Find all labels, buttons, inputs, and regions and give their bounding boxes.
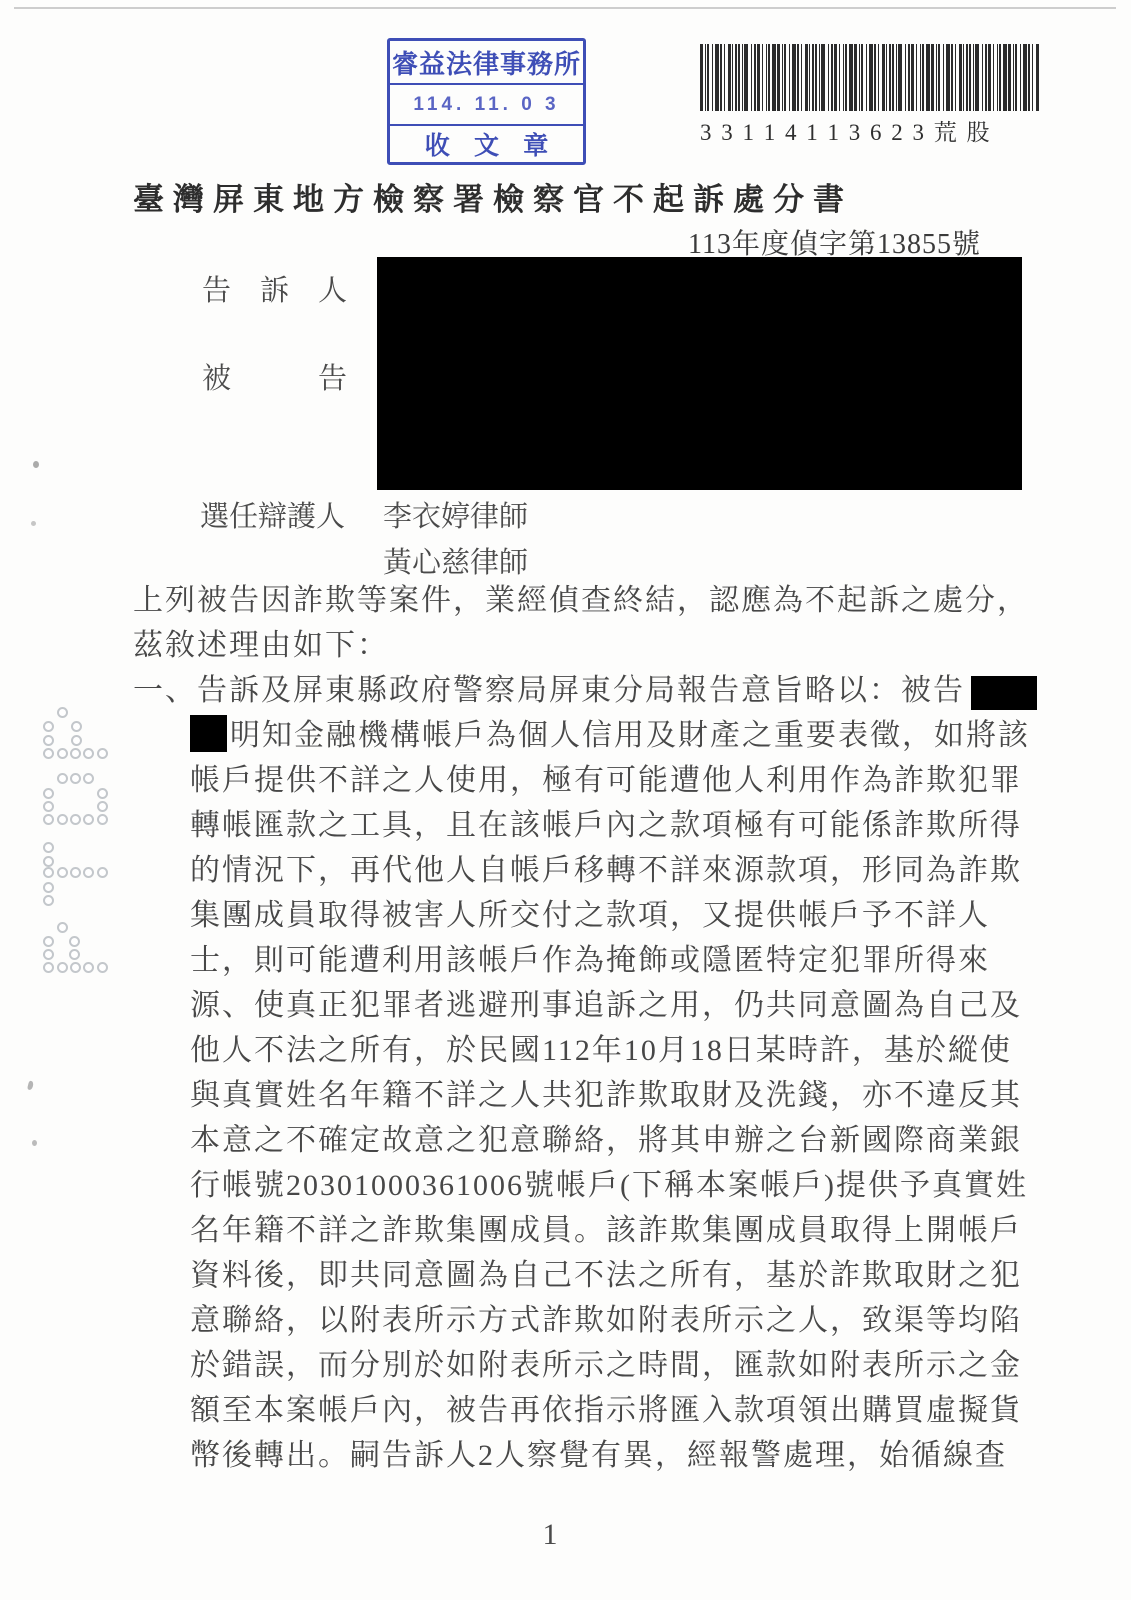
defense-counsel-label: 選任辯護人 — [200, 494, 345, 535]
body-line: 於錯誤，而分別於如附表所示之時間，匯款如附表所示之金 — [133, 1343, 1037, 1388]
stamp-received-label: 收 文 章 — [390, 126, 583, 162]
margin-dot — [71, 721, 82, 732]
margin-dot — [83, 962, 94, 973]
page-title: 臺灣屏東地方檢察署檢察官不起訴處分書 — [133, 174, 853, 219]
body-line: 他人不法之所有，於民國112年10月18日某時許，基於縱使 — [133, 1028, 1037, 1073]
margin-dot — [43, 949, 54, 960]
body-line: 的情況下，再代他人自帳戶移轉不詳來源款項，形同為詐欺 — [133, 848, 1037, 893]
body-line: 一、告訴及屏東縣政府警察局屏東分局報告意旨略以：被告 — [133, 668, 1037, 713]
scan-speck — [33, 461, 39, 468]
margin-dot — [70, 773, 81, 784]
margin-dot — [69, 949, 80, 960]
law-firm-receipt-stamp: 睿益法律事務所 114. 11. 0 3 收 文 章 — [387, 38, 586, 165]
margin-dot — [43, 801, 54, 812]
margin-dot — [43, 788, 54, 799]
margin-dot — [43, 895, 54, 906]
body-line: 與真實姓名年籍不詳之人共犯詐欺取財及洗錢，亦不違反其 — [133, 1073, 1037, 1118]
body-line: 資料後，即共同意圖為自己不法之所有，基於詐欺取財之犯 — [133, 1253, 1037, 1298]
body-line: 行帳號20301000361006號帳戶(下稱本案帳戶)提供予真實姓 — [133, 1163, 1037, 1208]
scan-speck — [31, 521, 36, 526]
stamp-office-name: 睿益法律事務所 — [390, 41, 583, 85]
margin-dot — [43, 882, 54, 893]
body-line: 幣後轉出。嗣告訴人2人察覺有異，經報警處理，始循線查 — [133, 1433, 1037, 1478]
margin-dot — [97, 748, 108, 759]
margin-dot — [83, 773, 94, 784]
margin-dot — [57, 814, 68, 825]
margin-dot — [43, 962, 54, 973]
margin-dot — [43, 735, 54, 746]
scan-artifact-line — [14, 7, 1116, 9]
body-line: 士，則可能遭利用該帳戶作為掩飾或隱匿特定犯罪所得來 — [133, 938, 1037, 983]
margin-dot — [70, 814, 81, 825]
body-line: 源、使真正犯罪者逃避刑事追訴之用，仍共同意圖為自己及 — [133, 983, 1037, 1028]
body-line: 集團成員取得被害人所交付之款項，又提供帳戶予不詳人 — [133, 893, 1037, 938]
scan-speck — [27, 1081, 34, 1091]
case-number: 113年度偵字第13855號 — [688, 222, 981, 262]
margin-dot — [70, 962, 81, 973]
margin-dot — [97, 962, 108, 973]
margin-dot — [71, 735, 82, 746]
margin-dot — [43, 842, 54, 853]
redaction-box-inline — [971, 676, 1037, 710]
document-page: 睿益法律事務所 114. 11. 0 3 收 文 章 3 3 1 1 4 1 1… — [0, 0, 1131, 1600]
margin-dot — [97, 801, 108, 812]
margin-dot — [69, 936, 80, 947]
margin-dot — [83, 748, 94, 759]
barcode-bars — [700, 44, 1048, 111]
defense-counsel-name: 李衣婷律師 — [383, 494, 528, 535]
margin-dot — [57, 707, 68, 718]
margin-dot — [57, 867, 68, 878]
body-line: 名年籍不詳之詐欺集團成員。該詐欺集團成員取得上開帳戶 — [133, 1208, 1037, 1253]
margin-dot — [97, 788, 108, 799]
body-line: 茲敘述理由如下： — [133, 623, 1037, 668]
defendant-label: 被 告 — [202, 356, 347, 397]
body-line: 上列被告因詐欺等案件，業經偵查終結，認應為不起訴之處分， — [133, 578, 1037, 623]
margin-dot — [83, 867, 94, 878]
margin-dot — [43, 856, 54, 867]
margin-dot — [43, 748, 54, 759]
margin-dot — [57, 773, 68, 784]
margin-dot — [43, 814, 54, 825]
margin-dot — [43, 721, 54, 732]
margin-dot — [70, 748, 81, 759]
body-line: 額至本案帳戶內，被告再依指示將匯入款項領出購買虛擬貨 — [133, 1388, 1037, 1433]
margin-dot — [57, 962, 68, 973]
body-line: 本意之不確定故意之犯意聯絡，將其申辦之台新國際商業銀 — [133, 1118, 1037, 1163]
body-text: 上列被告因詐欺等案件，業經偵查終結，認應為不起訴之處分，茲敘述理由如下：一、告訴… — [133, 578, 1037, 1478]
margin-dot — [70, 867, 81, 878]
barcode: 3 3 1 1 4 1 1 3 6 2 3 荒 股 — [700, 44, 1048, 147]
body-line: 明知金融機構帳戶為個人信用及財產之重要表徵，如將該 — [133, 713, 1037, 758]
margin-dot — [97, 867, 108, 878]
margin-dot — [57, 922, 68, 933]
margin-dot — [83, 814, 94, 825]
defense-counsel-name: 黃心慈律師 — [383, 540, 528, 581]
margin-dot — [57, 748, 68, 759]
barcode-digits: 3 3 1 1 4 1 1 3 6 2 3 荒 股 — [700, 114, 1048, 147]
scan-speck — [32, 1140, 37, 1146]
complainant-label: 告 訴 人 — [202, 268, 347, 309]
margin-dot — [43, 936, 54, 947]
body-line: 轉帳匯款之工具，且在該帳戶內之款項極有可能係詐欺所得 — [133, 803, 1037, 848]
redaction-box-parties — [377, 257, 1022, 490]
margin-dot — [43, 867, 54, 878]
page-number: 1 — [528, 1518, 572, 1552]
redaction-box-inline — [190, 715, 227, 752]
body-line: 帳戶提供不詳之人使用，極有可能遭他人利用作為詐欺犯罪 — [133, 758, 1037, 803]
body-line: 意聯絡，以附表所示方式詐欺如附表所示之人，致渠等均陷 — [133, 1298, 1037, 1343]
margin-dot — [97, 814, 108, 825]
stamp-date: 114. 11. 0 3 — [390, 85, 583, 126]
